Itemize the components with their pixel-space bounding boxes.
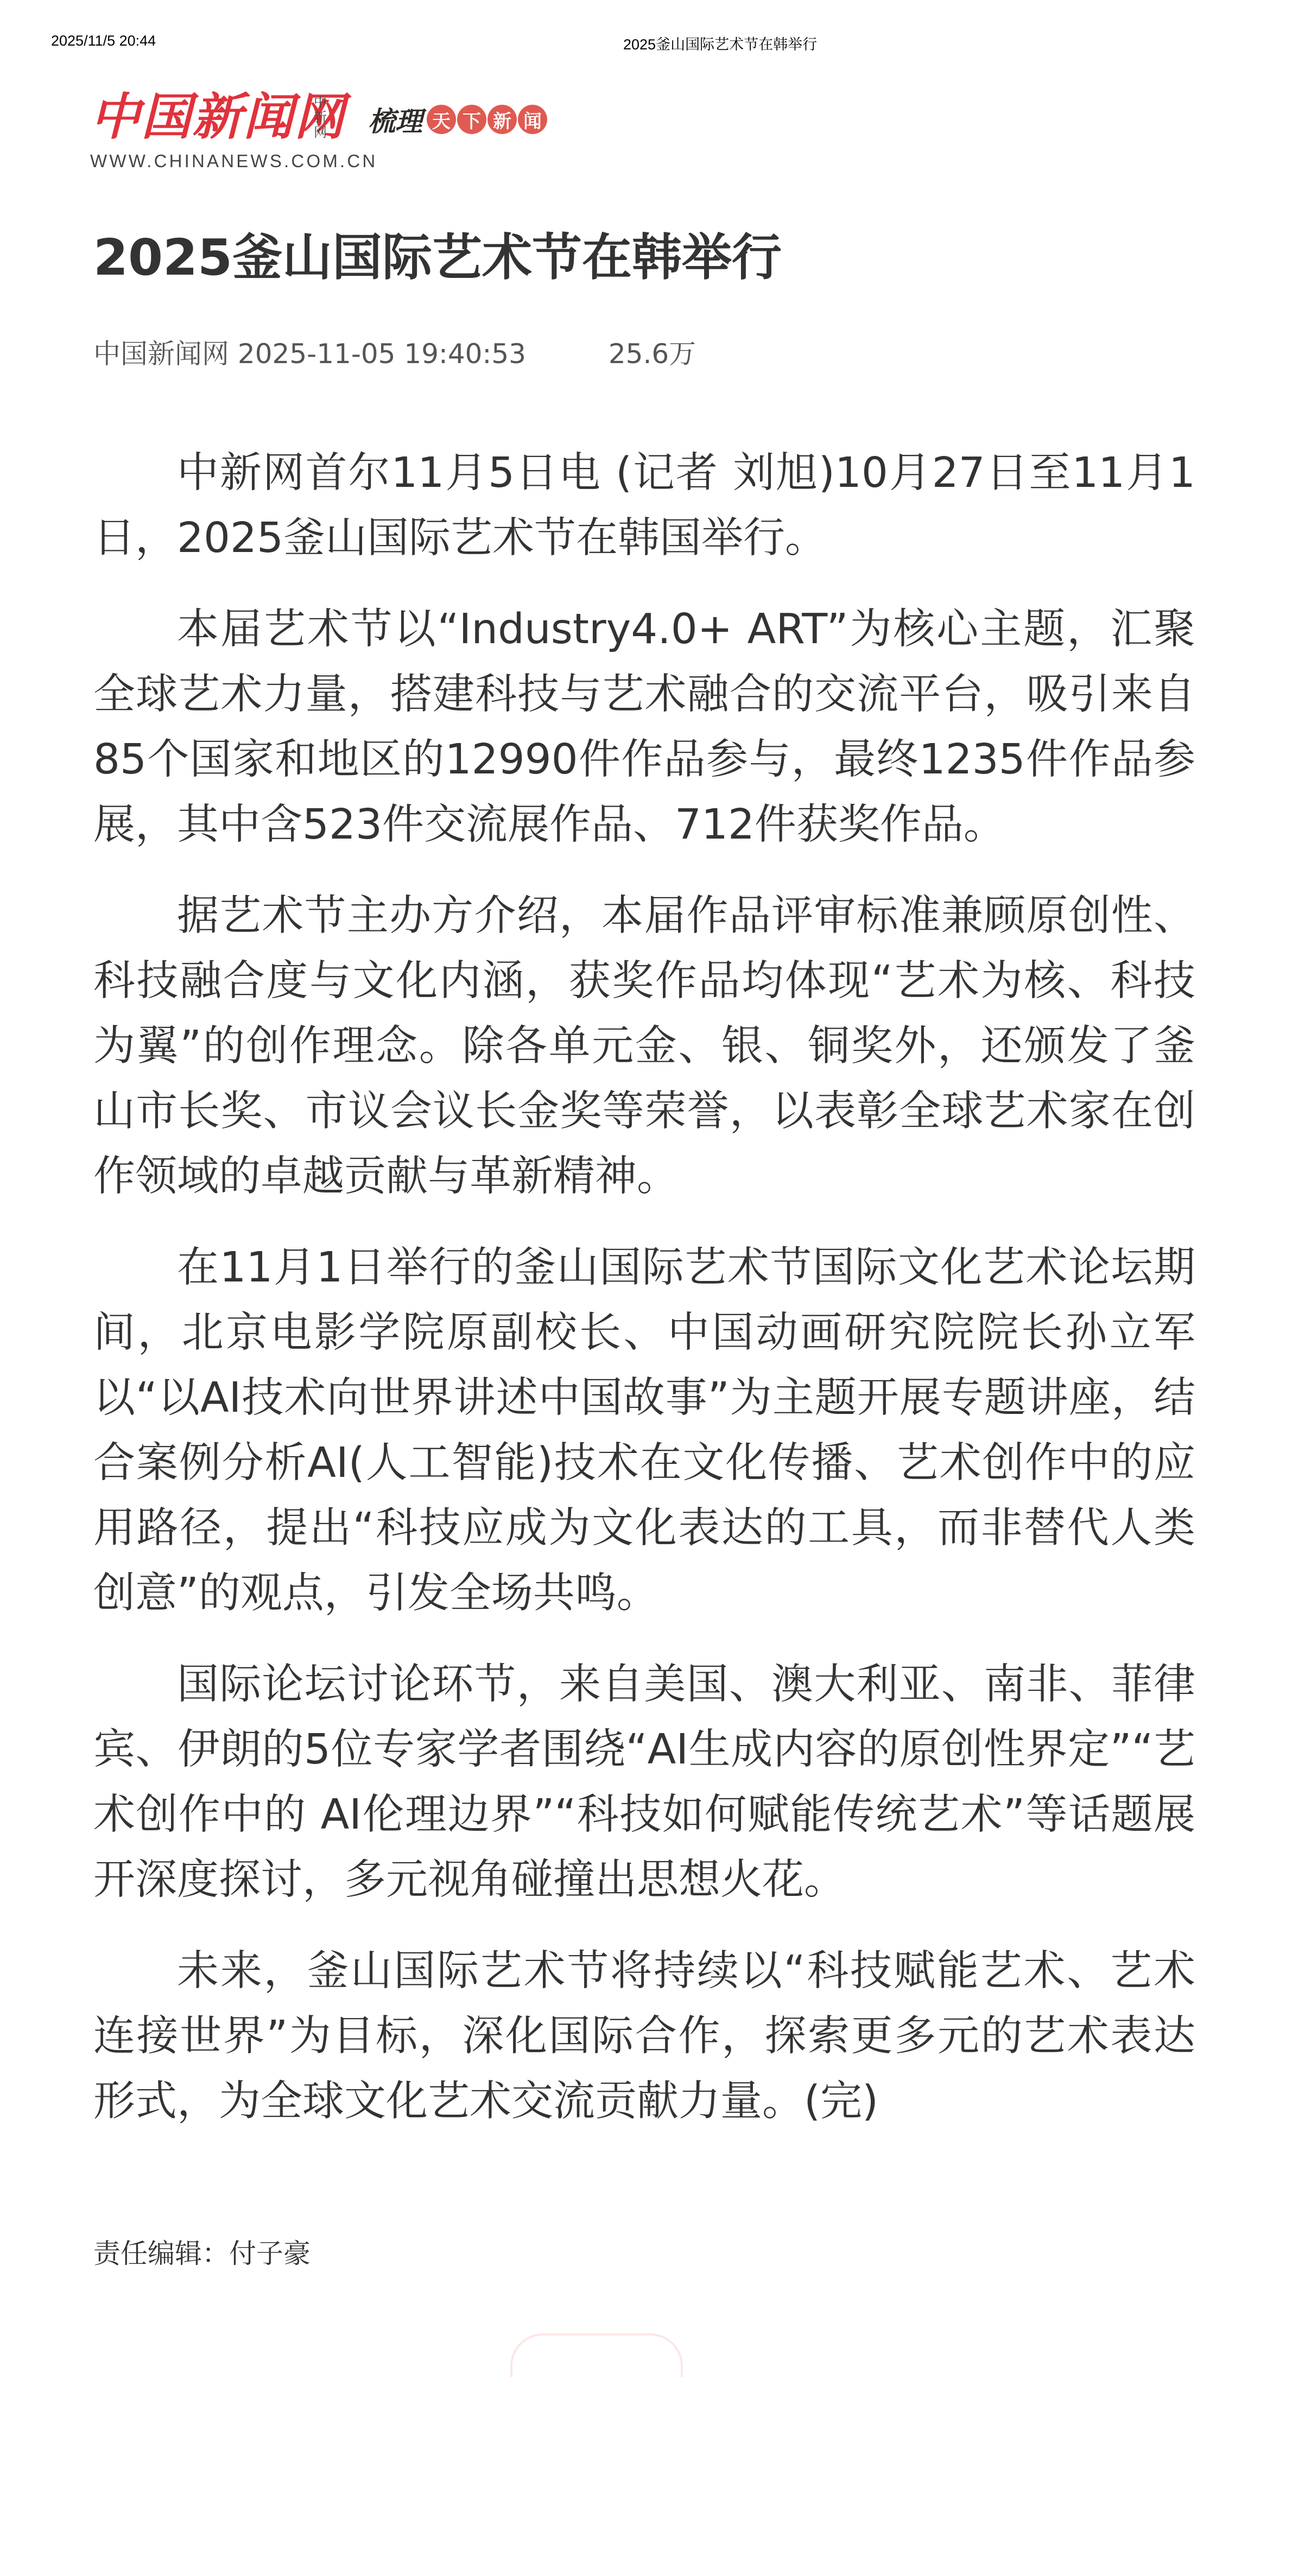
article-view-count: 25.6万: [609, 338, 696, 370]
article-source: 中国新闻网: [93, 338, 229, 370]
chinanews-logo[interactable]: 中国新闻网: [90, 87, 345, 147]
article-paragraph: 国际论坛讨论环节，来自美国、澳大利亚、南非、菲律宾、伊朗的5位专家学者围绕“AI…: [93, 1652, 1195, 1913]
article-paragraph: 中新网首尔11月5日电 (记者 刘旭)10月27日至11月1日，2025釜山国际…: [93, 441, 1195, 571]
site-header: 中国新闻网 中 新 网 WWW.CHINANEWS.COM.CN 梳理 天 下 …: [87, 87, 575, 168]
article-published-time: 2025-11-05 19:40:53: [238, 338, 526, 370]
slogan-badge: 梳理 天 下 新 闻: [368, 103, 547, 136]
slogan-circle: 下: [457, 105, 486, 134]
slogan-circle: 新: [487, 105, 517, 134]
article-paragraph: 未来，釜山国际艺术节将持续以“科技赋能艺术、艺术连接世界”为目标，深化国际合作，…: [93, 1939, 1195, 2134]
article-paragraph: 在11月1日举行的釜山国际艺术节国际文化艺术论坛期间，北京电影学院原副校长、中国…: [93, 1235, 1195, 1626]
article-title: 2025釜山国际艺术节在韩举行: [93, 228, 782, 288]
article-paragraph: 据艺术节主办方介绍，本届作品评审标准兼顾原创性、科技融合度与文化内涵，获奖作品均…: [93, 884, 1195, 1209]
logo-url: WWW.CHINANEWS.COM.CN: [90, 151, 377, 172]
logo-vertical-abbrev: 中 新 网: [314, 94, 327, 140]
print-datetime: 2025/11/5 20:44: [51, 33, 156, 49]
slogan-lead: 梳理: [368, 100, 422, 139]
article-paragraph: 本届艺术节以“Industry4.0+ ART”为核心主题，汇聚全球艺术力量，搭…: [93, 597, 1195, 858]
article-meta: 中国新闻网 2025-11-05 19:40:53 25.6万: [93, 338, 696, 370]
more-button-cropped[interactable]: [510, 2333, 683, 2377]
article-body: 中新网首尔11月5日电 (记者 刘旭)10月27日至11月1日，2025釜山国际…: [93, 441, 1195, 2160]
print-page-title: 2025釜山国际艺术节在韩举行: [623, 33, 817, 54]
slogan-circle: 天: [427, 105, 456, 134]
article-editor: 责任编辑：付子豪: [93, 2232, 311, 2271]
print-header: 2025/11/5 20:44 2025釜山国际艺术节在韩举行: [0, 30, 1292, 52]
slogan-circle: 闻: [518, 105, 547, 134]
